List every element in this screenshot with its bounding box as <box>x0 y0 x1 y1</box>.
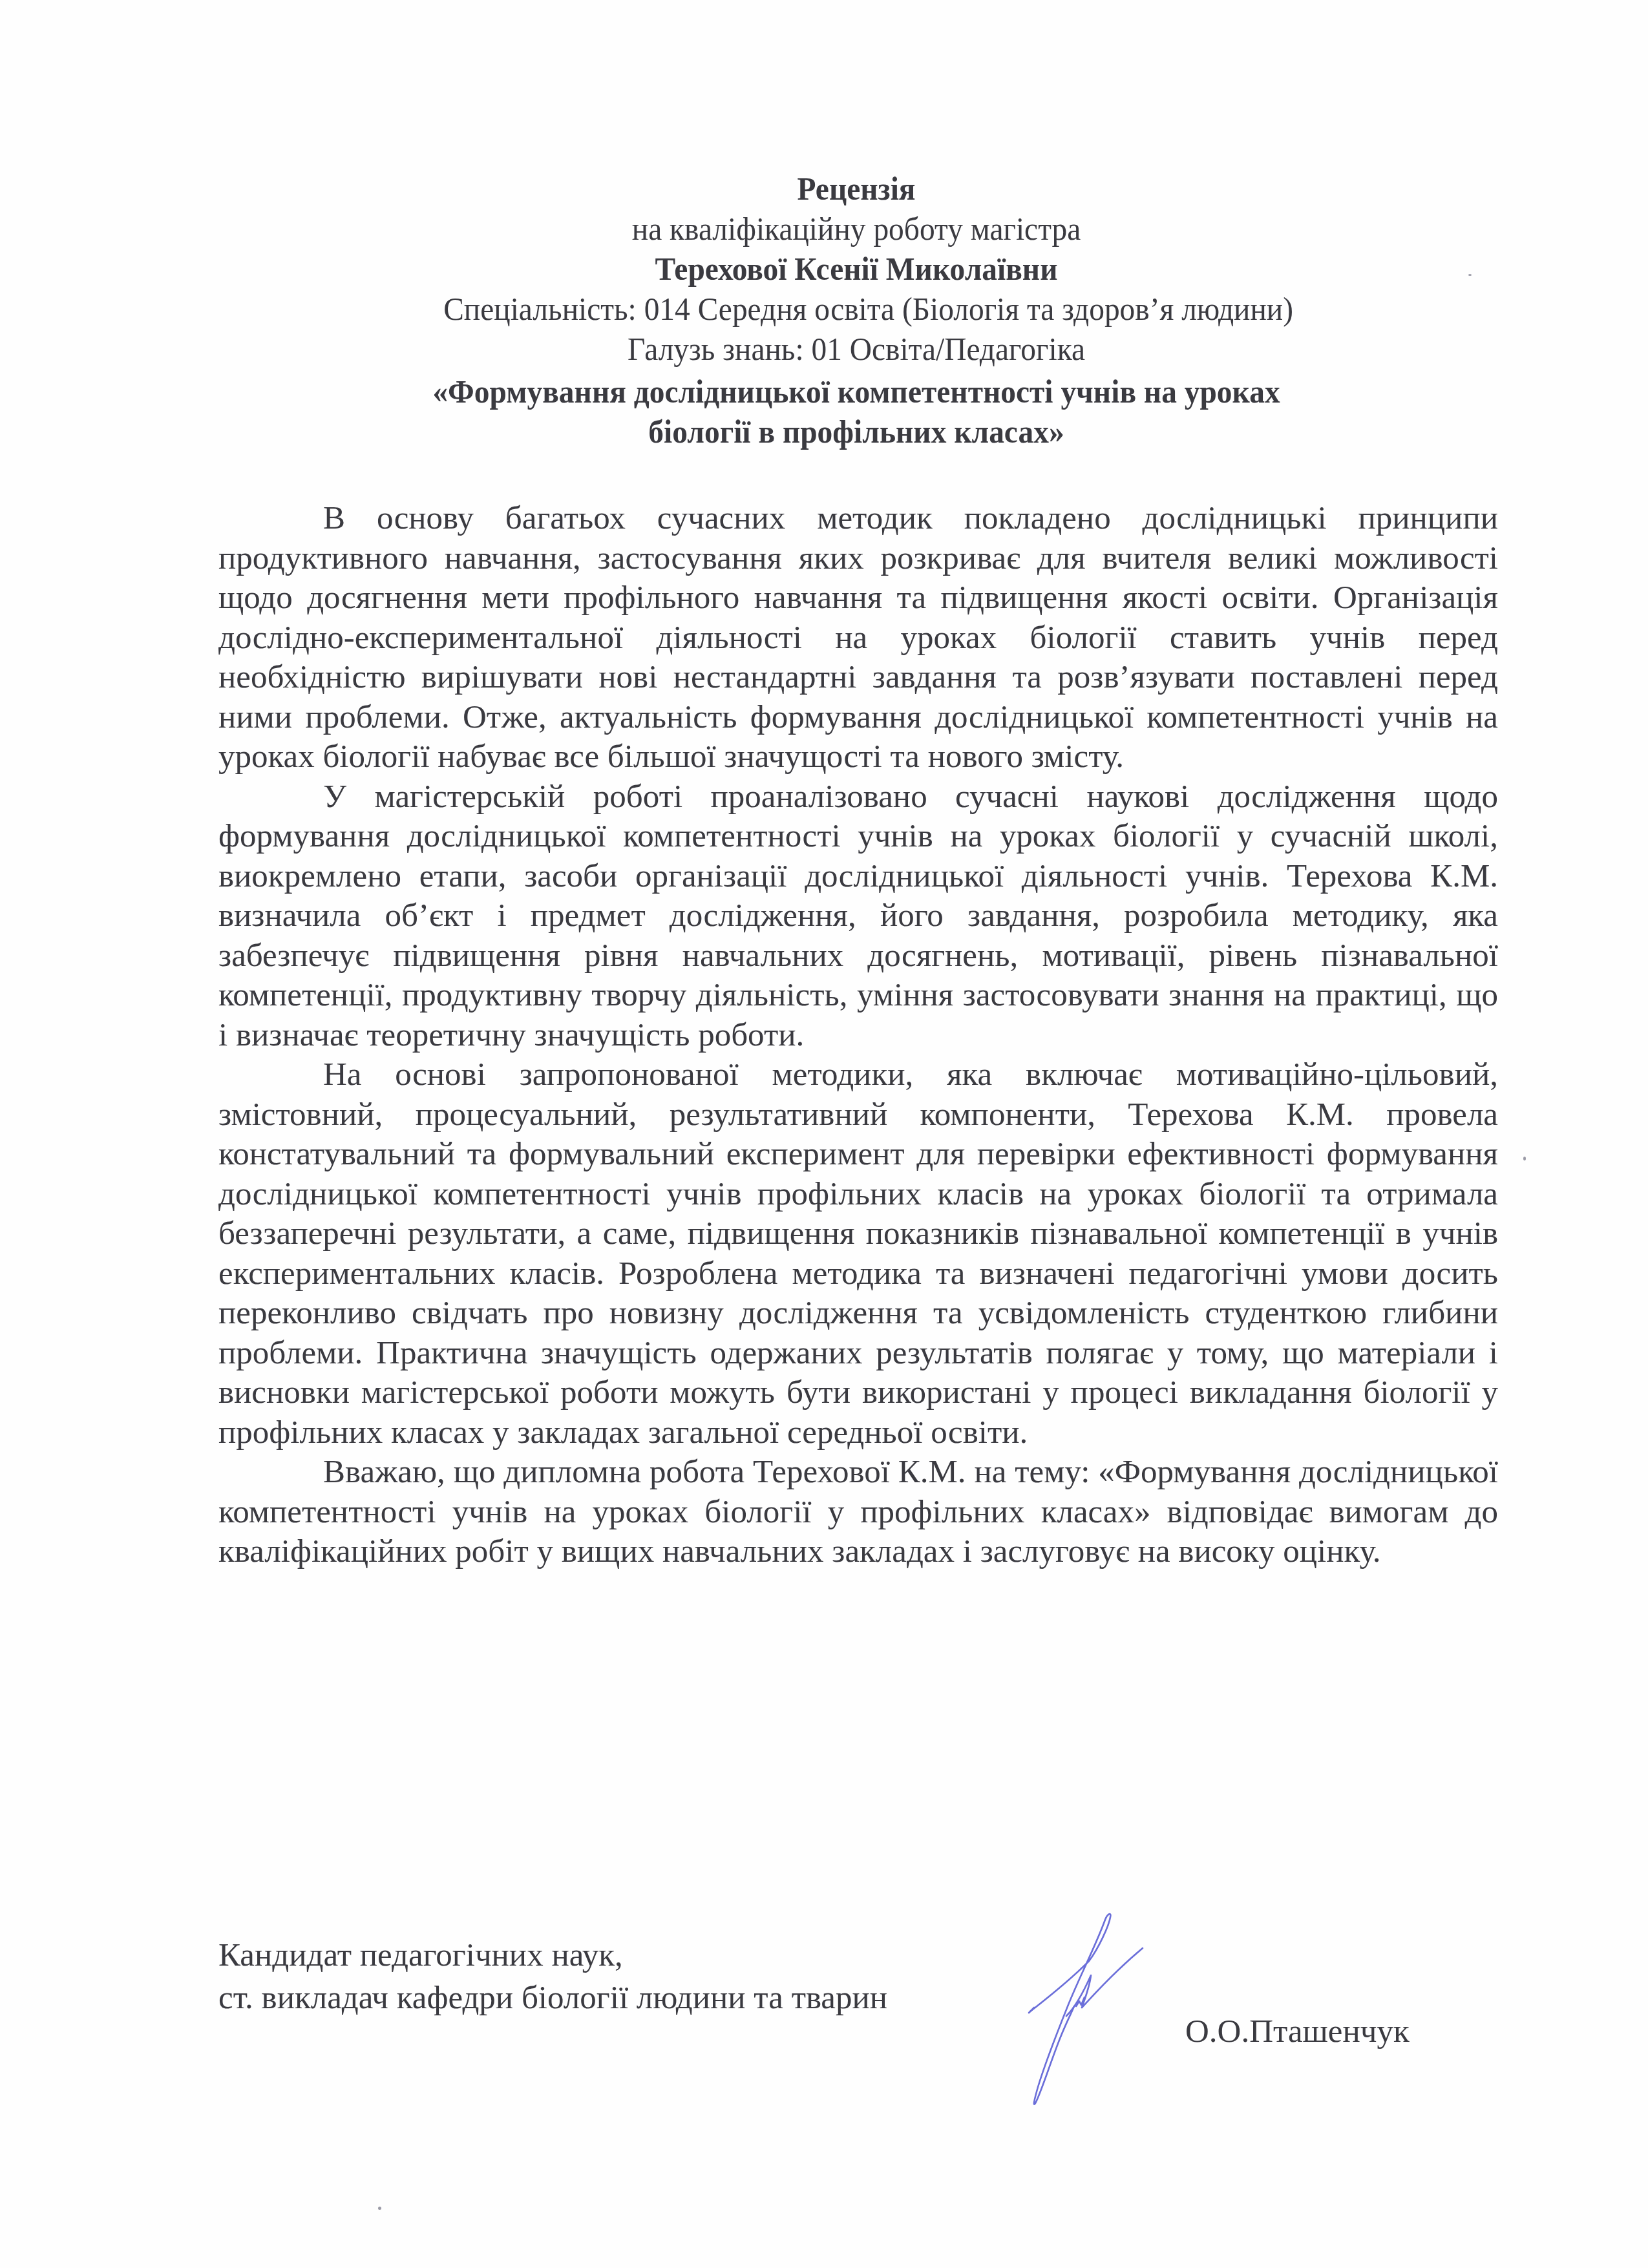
field-of-knowledge-line: Галузь знань: 01 Освіта/Педагогіка <box>259 330 1455 370</box>
specialty-line: Спеціальність: 014 Середня освіта (Біоло… <box>282 289 1455 330</box>
document-type-heading: Рецензія <box>259 169 1455 209</box>
thesis-title-line-2: біології в профільних класах» <box>259 412 1455 452</box>
author-name: Терехової Ксенії Миколаївни <box>259 249 1455 289</box>
reviewer-name: О.О.Пташенчук <box>1185 2010 1410 2053</box>
paragraph-conclusion: Вважаю, що дипломна робота Терехової К.М… <box>218 1453 1498 1572</box>
scan-speck <box>378 2207 381 2210</box>
paragraph-relevance: В основу багатьох сучасних методик покла… <box>218 499 1498 777</box>
scan-speck <box>1523 1157 1526 1160</box>
document-header: Рецензія на кваліфікаційну роботу магіст… <box>259 169 1455 452</box>
review-body: В основу багатьох сучасних методик покла… <box>218 499 1498 1572</box>
signature-block: Кандидат педагогічних наук, ст. викладач… <box>218 1934 1505 2019</box>
handwritten-signature-icon <box>1015 1909 1144 2116</box>
document-subtitle: на кваліфікаційну роботу магістра <box>259 209 1455 249</box>
paragraph-analysis: У магістерській роботі проаналізовано су… <box>218 777 1498 1056</box>
scan-speck <box>1468 274 1472 276</box>
thesis-title-line-1: «Формування дослідницької компетентності… <box>259 372 1455 412</box>
paragraph-experiment: На основі запропонованої методики, яка в… <box>218 1055 1498 1453</box>
document-page: Рецензія на кваліфікаційну роботу магіст… <box>0 0 1648 2268</box>
reviewer-degree: Кандидат педагогічних наук, <box>218 1934 1505 1977</box>
